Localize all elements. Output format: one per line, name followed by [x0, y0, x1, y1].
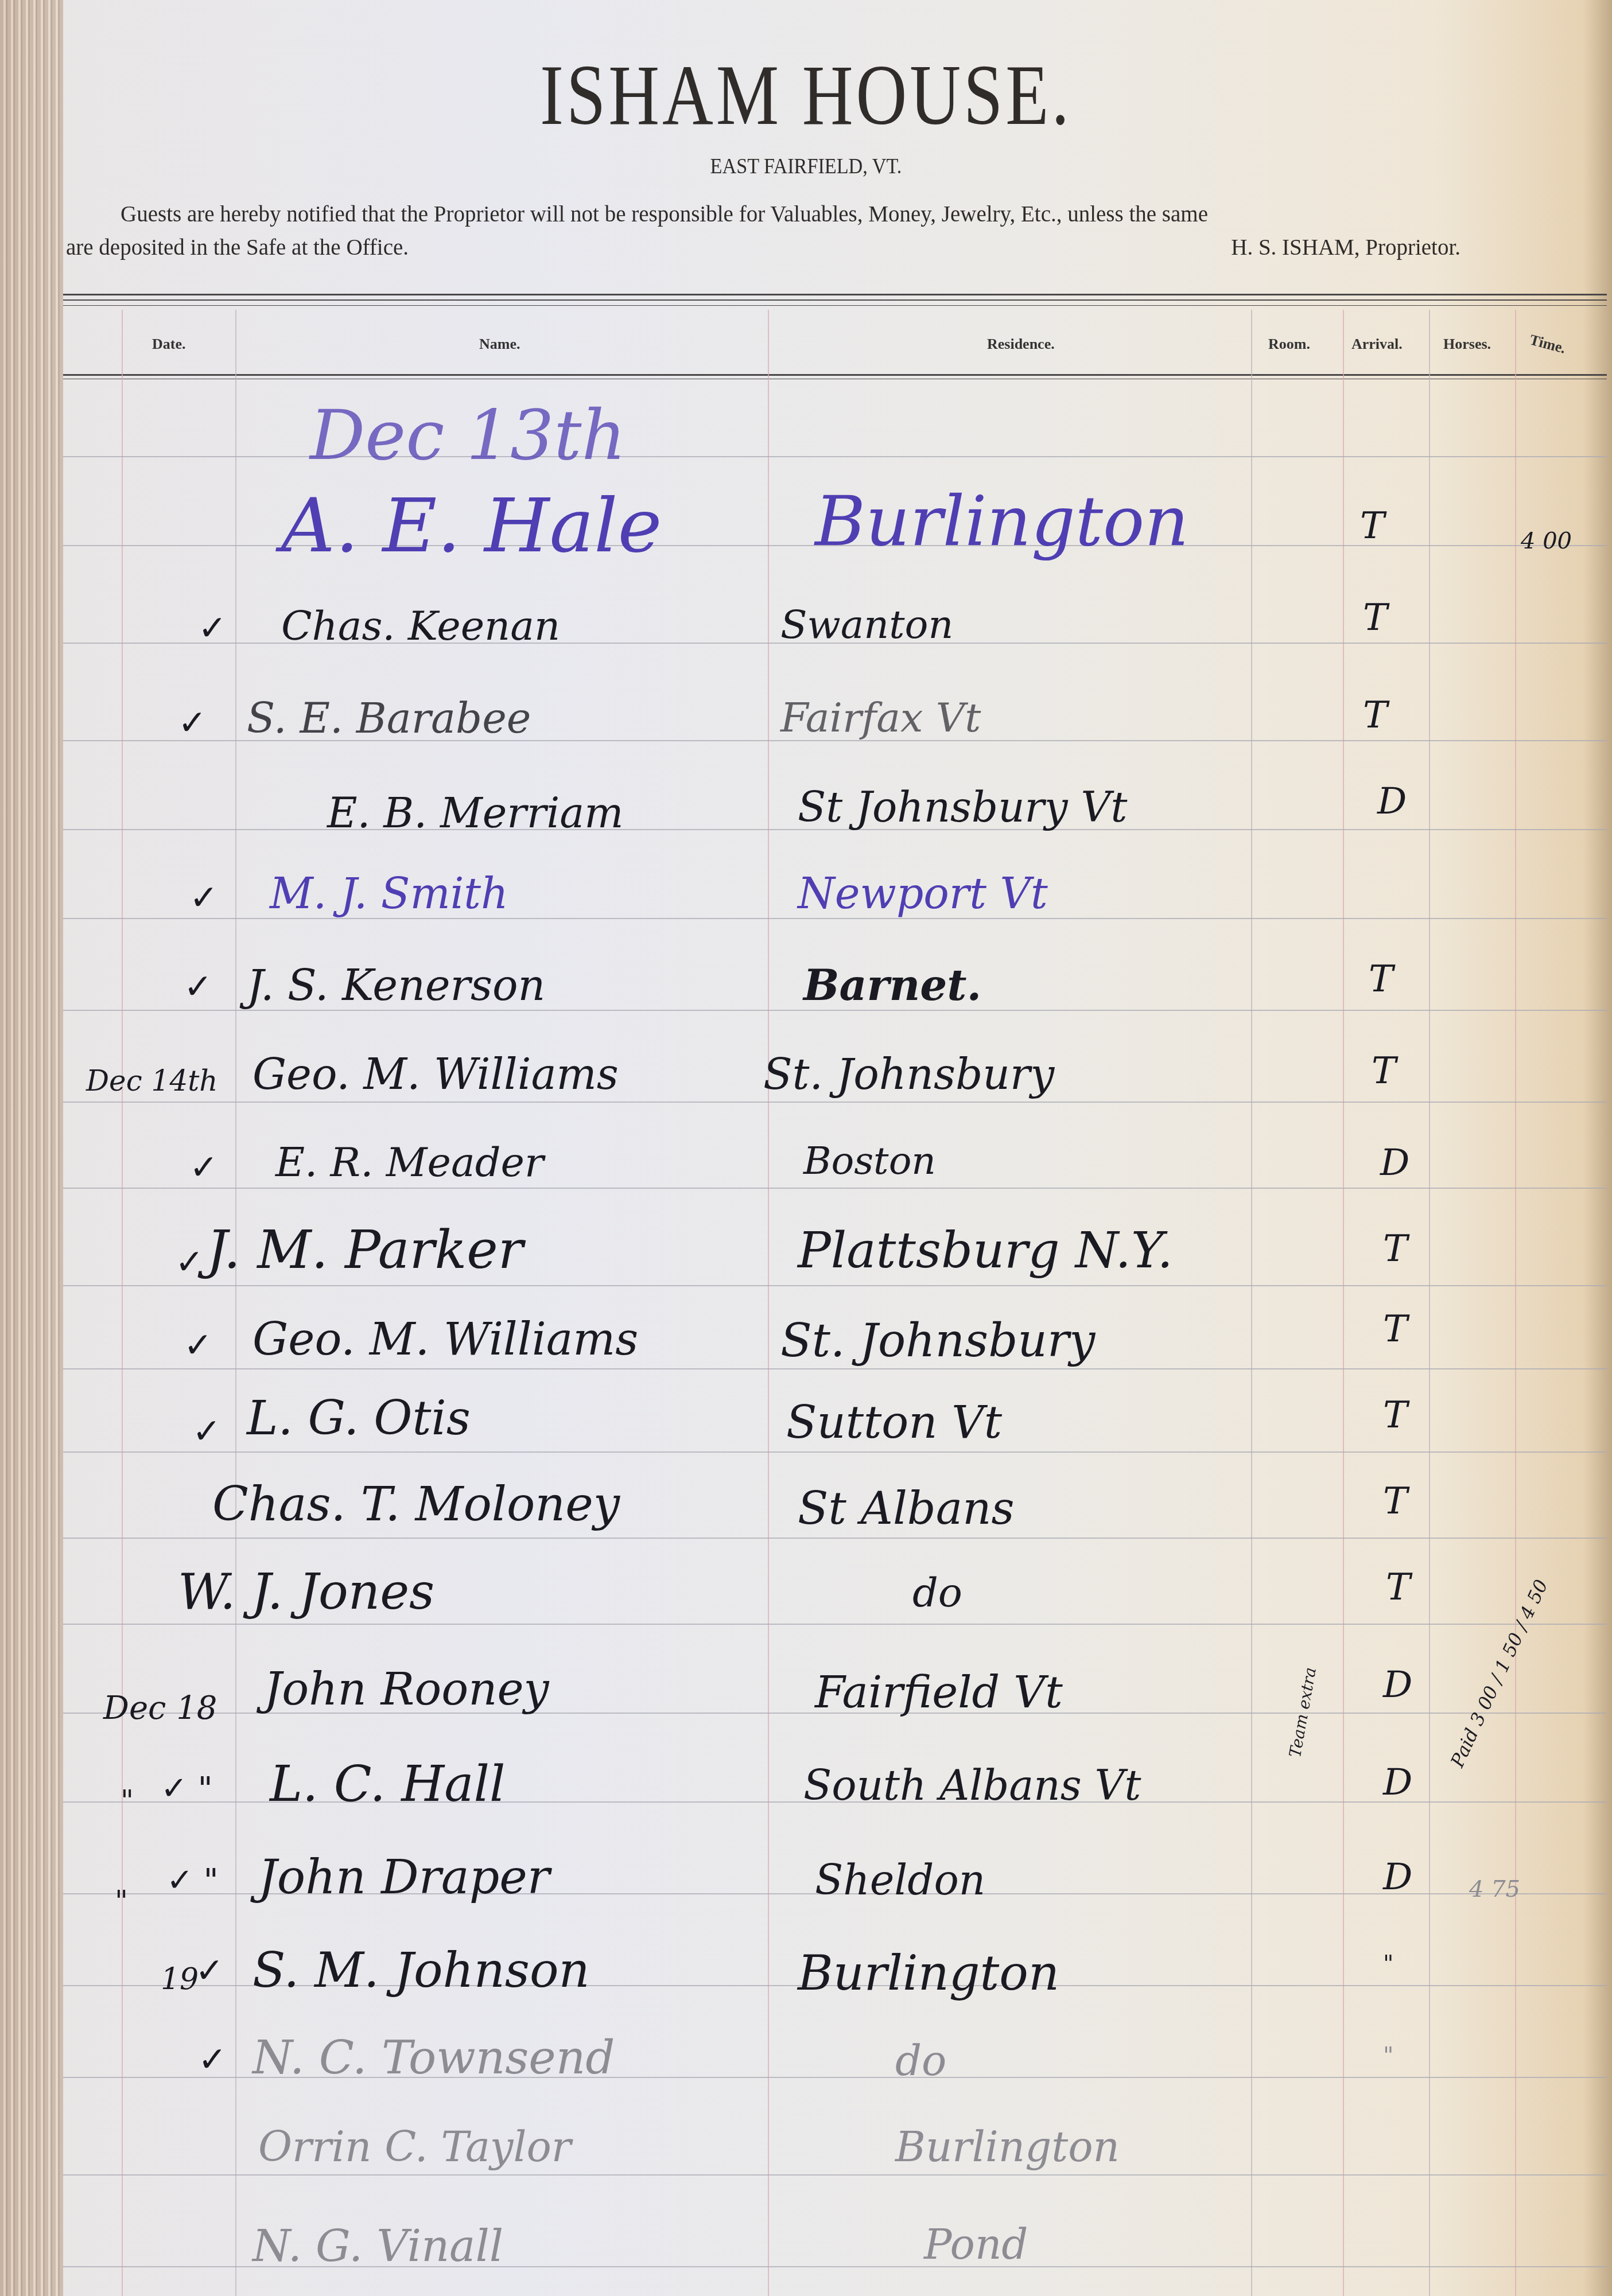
- entry-residence: Plattsburg N.Y.: [798, 1222, 1173, 1279]
- entry-name: Geo. M. Williams: [253, 1050, 619, 1099]
- entry-arrival: T: [1369, 958, 1393, 1001]
- entry-arrival: ": [1383, 2042, 1393, 2069]
- ruled-line: [63, 1368, 1607, 1369]
- entry-date: 19: [161, 1962, 199, 1997]
- register-page: ISHAM HOUSE. EAST FAIRFIELD, VT. Guests …: [0, 0, 1612, 2296]
- notice-line-1: Guests are hereby notified that the Prop…: [121, 198, 1555, 231]
- entry-arrival: D: [1383, 1664, 1412, 1706]
- column-header-time: Time.: [1528, 331, 1567, 357]
- entry-residence: Sheldon: [815, 1856, 985, 1904]
- ruled-line: [63, 1538, 1607, 1539]
- header-rule-top: [63, 294, 1607, 295]
- entry-arrival: T: [1372, 1050, 1396, 1092]
- ruled-line: [63, 2174, 1607, 2176]
- entry-residence: Fairfax Vt: [780, 694, 981, 741]
- entry-date: ": [115, 1885, 128, 1918]
- checkmark-icon: ✓: [184, 967, 212, 1007]
- checkmark-icon: ✓ ": [161, 1770, 212, 1807]
- header-rule-bottom-2: [63, 379, 1607, 379]
- entry-payment: Paid 3 00 / 1 50 / 4 50: [1446, 1576, 1552, 1770]
- checkmark-icon: ✓: [175, 1242, 204, 1282]
- checkmark-icon: ✓: [189, 1147, 218, 1188]
- entry-arrival: T: [1360, 505, 1385, 547]
- proprietor-signature: H. S. ISHAM, Proprietor.: [1231, 231, 1460, 264]
- entry-name: Geo. M. Williams: [253, 1314, 638, 1365]
- column-divider: [1251, 310, 1252, 2296]
- ruled-line: [63, 1451, 1607, 1453]
- entry-arrival: T: [1383, 1480, 1408, 1523]
- entry-time: 4 00: [1521, 528, 1572, 554]
- entry-residence: St Albans: [798, 1483, 1015, 1535]
- entry-arrival: T: [1383, 1308, 1408, 1351]
- entry-name: Chas. T. Moloney: [212, 1477, 620, 1532]
- entry-date: Dec 18: [103, 1690, 217, 1727]
- entry-residence: St. Johnsbury: [763, 1050, 1054, 1099]
- entry-arrival: D: [1380, 1142, 1409, 1184]
- entry-residence: do: [912, 1569, 962, 1616]
- ruled-line: [63, 1285, 1607, 1286]
- ruled-line: [63, 1188, 1607, 1189]
- ruled-line: [63, 1102, 1607, 1103]
- entry-arrival: T: [1363, 597, 1388, 639]
- entry-name: John Draper: [258, 1850, 550, 1905]
- entry-name: E. B. Merriam: [327, 789, 623, 837]
- checkmark-icon: ✓: [178, 703, 207, 743]
- entry-name: S. M. Johnson: [253, 1942, 590, 1998]
- entry-residence: Barnet.: [803, 961, 981, 1010]
- entry-residence: South Albans Vt: [803, 1761, 1141, 1809]
- entry-residence: Burlington: [798, 1945, 1059, 2001]
- entry-name: L. C. Hall: [270, 1756, 505, 1813]
- header-rule-top-2: [63, 299, 1607, 301]
- hotel-location: EAST FAIRFIELD, VT.: [80, 154, 1531, 179]
- checkmark-icon: ✓: [192, 1411, 221, 1451]
- ruled-line: [63, 1624, 1607, 1625]
- entry-arrival: D: [1377, 780, 1407, 823]
- checkmark-icon: ✓: [195, 1951, 224, 1991]
- entry-name: N. G. Vinall: [253, 2220, 503, 2271]
- entry-name: J. M. Parker: [207, 1219, 523, 1281]
- entry-name: Chas. Keenan: [281, 602, 560, 649]
- entry-name: N. C. Townsend: [253, 2031, 615, 2084]
- ruled-line: [63, 456, 1607, 457]
- entry-name: Orrin C. Taylor: [258, 2123, 571, 2171]
- entry-arrival: ": [1383, 1951, 1393, 1977]
- entry-residence: Boston: [803, 1139, 936, 1183]
- checkmark-icon: ✓ ": [166, 1862, 218, 1899]
- entry-date: ": [121, 1784, 134, 1818]
- entry-residence: Pond: [924, 2220, 1028, 2268]
- column-header-arrival: Arrival.: [1351, 336, 1403, 353]
- entry-residence: do: [895, 2037, 946, 2085]
- checkmark-icon: ✓: [198, 608, 227, 648]
- hotel-title: ISHAM HOUSE.: [145, 46, 1467, 145]
- entry-name: A. E. Hale: [281, 482, 662, 569]
- entry-arrival: D: [1383, 1856, 1412, 1898]
- entry-residence: Burlington: [895, 2123, 1120, 2171]
- entry-residence: St. Johnsbury: [780, 1314, 1095, 1367]
- entry-residence: St Johnsbury Vt: [798, 783, 1127, 831]
- column-divider: [235, 310, 236, 2296]
- entry-arrival: T: [1383, 1228, 1408, 1270]
- entry-date: Dec 14th: [86, 1064, 218, 1098]
- checkmark-icon: ✓: [189, 878, 218, 918]
- book-spine: [0, 0, 63, 2296]
- entry-name: S. E. Barabee: [247, 694, 531, 742]
- header-rule-bottom: [63, 374, 1607, 376]
- column-header-name: Name.: [479, 336, 520, 353]
- column-header-horses: Horses.: [1443, 336, 1491, 353]
- entry-residence: Fairfield Vt: [815, 1667, 1063, 1718]
- column-divider: [1429, 310, 1430, 2296]
- entry-residence: Burlington: [815, 482, 1188, 562]
- column-header-room: Room.: [1268, 336, 1310, 353]
- column-divider: [1515, 310, 1516, 2296]
- column-divider: [1343, 310, 1344, 2296]
- entry-arrival: T: [1383, 1394, 1408, 1437]
- entry-name: M. J. Smith: [270, 869, 508, 919]
- date-heading: Dec 13th: [310, 396, 626, 476]
- entry-name: L. G. Otis: [247, 1391, 471, 1446]
- column-header-date: Date.: [152, 336, 185, 353]
- entry-arrival: D: [1383, 1761, 1412, 1804]
- column-header-residence: Residence.: [987, 336, 1055, 353]
- column-divider: [768, 310, 769, 2296]
- checkmark-icon: ✓: [184, 1325, 212, 1365]
- entry-name: John Rooney: [264, 1664, 549, 1715]
- entry-payment: 4 75: [1469, 1876, 1520, 1902]
- liability-notice: Guests are hereby notified that the Prop…: [121, 198, 1555, 264]
- checkmark-icon: ✓: [198, 2040, 227, 2080]
- entry-name: E. R. Meader: [275, 1139, 543, 1186]
- header-rule-top-3: [63, 305, 1607, 306]
- entry-name: J. S. Kenerson: [247, 961, 545, 1010]
- entry-arrival: T: [1386, 1566, 1411, 1609]
- entry-residence: Newport Vt: [798, 869, 1048, 919]
- notice-line-2: are deposited in the Safe at the Office.: [66, 231, 409, 264]
- entry-residence: Swanton: [780, 602, 953, 648]
- entry-residence: Sutton Vt: [786, 1397, 1002, 1449]
- entry-arrival: T: [1363, 694, 1388, 737]
- column-divider: [122, 310, 123, 2296]
- entry-name: W. J. Jones: [178, 1563, 434, 1621]
